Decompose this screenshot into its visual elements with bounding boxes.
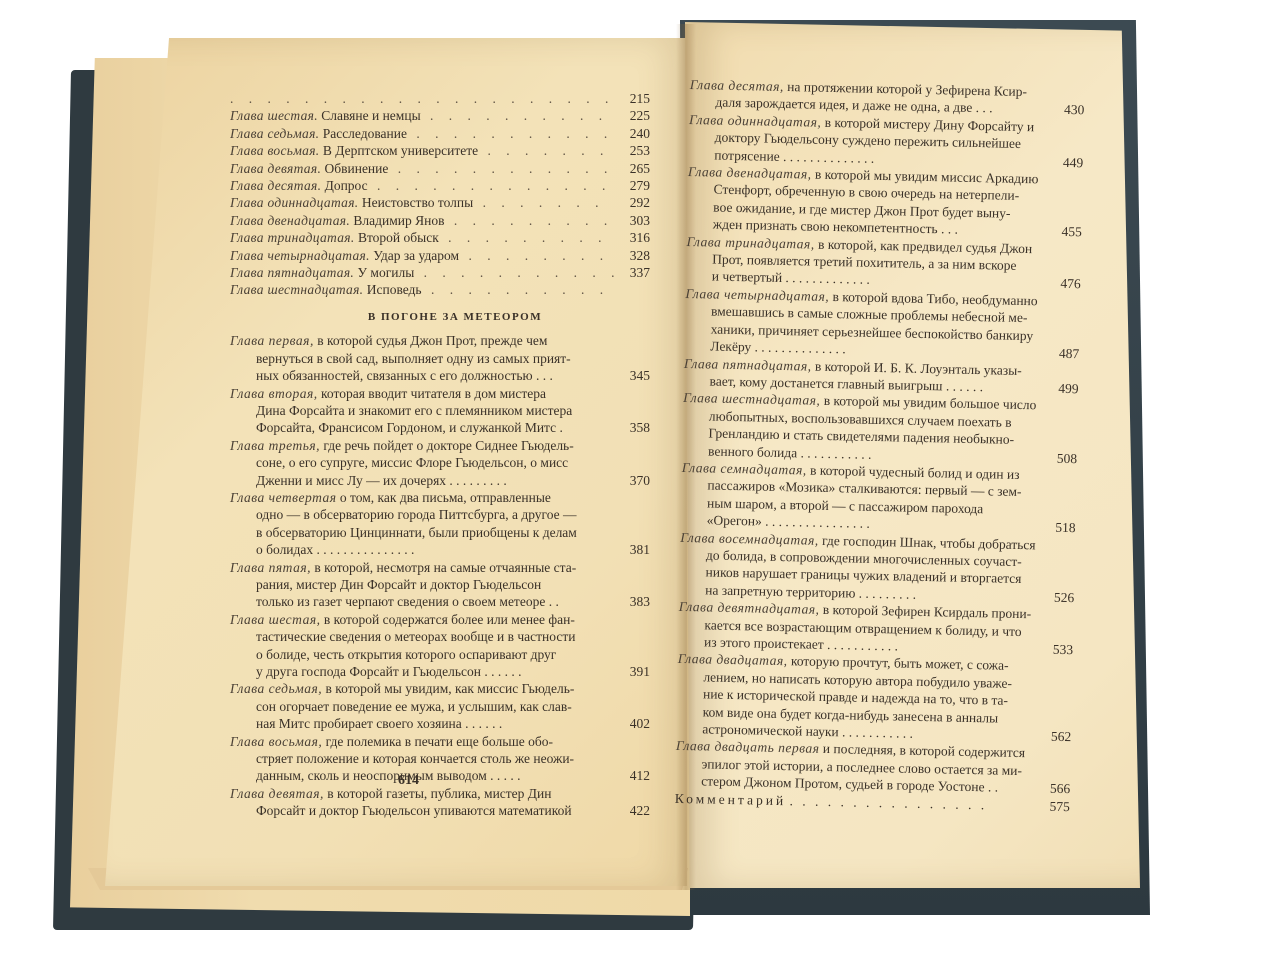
entry-line-text: потрясение . . . . . . . . . . . . . . — [714, 147, 874, 165]
page-number: 292 — [614, 194, 650, 211]
entry-text: Глава тринадцатая. Второй обыск . . . . … — [230, 229, 614, 246]
dot-leader: . . . . . . . . . . . . . . . . . . . . … — [478, 143, 614, 158]
toc-entry: Глава одиннадцатая. Неистовство толпы . … — [230, 194, 650, 211]
entry-text: Глава восьмая, где полемика в печати еще… — [230, 733, 614, 750]
entry-line: ная Митс пробирает своего хозяина . . . … — [230, 715, 650, 732]
chapter-label: Глава пятая, — [230, 560, 311, 575]
dot-leader: . . . . . . . . . . . . . . . . . . . . … — [422, 282, 614, 297]
page-number: 422 — [614, 802, 650, 819]
entry-text: Дина Форсайта и знакомит его с племянник… — [230, 402, 614, 419]
entry-text: Глава третья, где речь пойдет о докторе … — [230, 437, 614, 454]
chapter-label: Глава восемнадцатая, — [680, 529, 819, 547]
page-number: 487 — [1043, 345, 1079, 363]
entry-line-text: . . . . . . . . . . . . . . . . — [789, 793, 987, 812]
entry-line-text: Дина Форсайта и знакомит его с племянник… — [256, 403, 572, 418]
chapter-label: Глава тринадцатая, — [686, 234, 814, 252]
entry-text: вернуться в свой сад, выполняет одну из … — [230, 350, 614, 367]
entry-line-text: только из газет черпают сведения о своем… — [256, 594, 559, 609]
entry-line: у друга господа Форсайт и Гьюдельсон . .… — [230, 663, 650, 680]
entry-line-text: Лекёру . . . . . . . . . . . . . . — [710, 339, 846, 357]
entry-line-text: о болиде, честь открытия которого оспари… — [256, 647, 556, 662]
entry-text: Глава вторая, которая вводит читателя в … — [230, 385, 614, 402]
entry-line-text: в которой мы увидим, как миссис Гьюдель- — [326, 681, 575, 696]
entry-text: данным, сколь и неоспоримым выводом . . … — [230, 767, 614, 784]
entry-line: Глава пятая, в которой, несмотря на самы… — [230, 559, 650, 576]
toc-entry: Глава двадцать первая и последняя, в кот… — [675, 737, 1071, 797]
entry-text: о болиде, честь открытия которого оспари… — [230, 646, 614, 663]
entry-line: соне, о его супруге, миссис Флоре Гьюдел… — [230, 454, 650, 471]
entry-text: Глава восьмая. В Дерптском университете … — [230, 142, 614, 159]
page-number: 508 — [1041, 449, 1077, 467]
entry-text: Глава седьмая. Расследование . . . . . .… — [230, 125, 614, 142]
page-number: 449 — [1047, 153, 1083, 171]
entry-line: Дженни и мисс Лу — их дочерях . . . . . … — [230, 472, 650, 489]
chapter-label: Глава девятнадцатая, — [679, 599, 820, 617]
chapter-label: Глава первая, — [230, 333, 314, 348]
entry-line-text: данным, сколь и неоспоримым выводом . . … — [256, 768, 521, 783]
toc-entry: Глава тринадцатая, в которой, как предви… — [686, 233, 1082, 293]
chapter-label: Глава тринадцатая. — [230, 230, 355, 245]
chapter-label: Глава вторая, — [230, 386, 318, 401]
entry-text: стряет положение и которая кончается сто… — [230, 750, 614, 767]
short-entries: . . . . . . . . . . . . . . . . . . . . … — [230, 90, 650, 299]
entry-text: Форсайта, Франсисом Гордоном, и служанко… — [230, 419, 614, 436]
entry-line-text: вернуться в свой сад, выполняет одну из … — [256, 351, 571, 366]
chapter-label: Комментарий — [675, 790, 787, 807]
page-number: 391 — [614, 663, 650, 680]
page-number: 240 — [614, 125, 650, 142]
entry-line-text: в которой судья Джон Прот, прежде чем — [317, 333, 547, 348]
entry-line-text: в которой содержатся более или менее фан… — [324, 612, 575, 627]
entry-line-text: одно — в обсерваторию города Питтсбурга,… — [256, 507, 577, 522]
chapter-label: Глава одиннадцатая. — [230, 195, 358, 210]
toc-entry: Глава первая, в которой судья Джон Прот,… — [230, 332, 650, 384]
entry-line: о болидах . . . . . . . . . . . . . . .3… — [230, 541, 650, 558]
chapter-label: Глава одиннадцатая, — [689, 112, 822, 130]
entry-line: Глава шестая, в которой содержатся более… — [230, 611, 650, 628]
entry-text: одно — в обсерваторию города Питтсбурга,… — [230, 506, 614, 523]
entry-text: Глава пятая, в которой, несмотря на самы… — [230, 559, 614, 576]
toc-entry: Глава тринадцатая. Второй обыск . . . . … — [230, 229, 650, 246]
page-number: 303 — [614, 212, 650, 229]
entry-line: Глава третья, где речь пойдет о докторе … — [230, 437, 650, 454]
toc-entry: Глава девятая, в которой газеты, публика… — [230, 785, 650, 820]
entry-text: Глава шестая. Славяне и немцы . . . . . … — [230, 107, 614, 124]
entry-line: сон огорчает поведение ее мужа, и услыши… — [230, 698, 650, 715]
entry-text: рания, мистер Дин Форсайт и доктор Гьюде… — [230, 576, 614, 593]
page-number: 383 — [614, 593, 650, 610]
entry-line-text: соне, о его супруге, миссис Флоре Гьюдел… — [256, 455, 568, 470]
entry-line: тастические сведения о метеорах вообще и… — [230, 628, 650, 645]
chapter-label: Глава десятая, — [690, 77, 784, 94]
page-number: 279 — [614, 177, 650, 194]
entry-line-text: где речь пойдет о докторе Сиднее Гьюдель… — [323, 438, 573, 453]
toc-entry: Глава десятая. Допрос . . . . . . . . . … — [230, 177, 650, 194]
toc-entry: Глава двадцатая, которую прочтут, быть м… — [676, 650, 1073, 745]
page-number: 566 — [1034, 780, 1070, 798]
entry-line-text: о болидах . . . . . . . . . . . . . . . — [256, 542, 414, 557]
chapter-label: Глава восьмая, — [230, 734, 322, 749]
page-number: 358 — [614, 419, 650, 436]
entry-text: . . . . . . . . . . . . . . . . . . . . … — [230, 90, 614, 107]
entry-text: у друга господа Форсайт и Гьюдельсон . .… — [230, 663, 614, 680]
page-number: 575 — [1034, 797, 1070, 815]
entry-text: Форсайт и доктор Гьюдельсон упиваются ма… — [230, 802, 614, 819]
entry-line-text: в которой, несмотря на самые отчаянные с… — [314, 560, 576, 575]
dot-leader: . . . . . . . . . . . . . . . . . . . . … — [459, 248, 614, 263]
chapter-title: Славяне и немцы — [321, 108, 420, 123]
entry-line: данным, сколь и неоспоримым выводом . . … — [230, 767, 650, 784]
entry-line: о болиде, честь открытия которого оспари… — [230, 646, 650, 663]
chapter-label: Глава девятая. — [230, 161, 321, 176]
entry-line-text: и четвертый . . . . . . . . . . . . . — [712, 269, 870, 287]
entry-line: Глава первая, в которой судья Джон Прот,… — [230, 332, 650, 349]
entry-text: Глава четвертая о том, как два письма, о… — [230, 489, 614, 506]
toc-entry: Глава одиннадцатая, в которой мистеру Ди… — [688, 111, 1084, 171]
chapter-title: Исповедь — [367, 282, 422, 297]
entry-line: рания, мистер Дин Форсайт и доктор Гьюде… — [230, 576, 650, 593]
page-number: 316 — [614, 229, 650, 246]
page-number: 518 — [1039, 519, 1075, 537]
chapter-label: Глава четвертая — [230, 490, 337, 505]
chapter-label: Глава третья, — [230, 438, 320, 453]
page-number: 455 — [1046, 223, 1082, 241]
page-number: 215 — [614, 90, 650, 107]
entry-line-text: ных обязанностей, связанных с его должно… — [256, 368, 553, 383]
chapter-label: Глава шестнадцатая, — [683, 390, 820, 408]
chapter-label: Глава четырнадцатая. — [230, 248, 370, 263]
chapter-label: Глава пятнадцатая, — [684, 355, 812, 373]
toc-entry: Глава девятая. Обвинение . . . . . . . .… — [230, 160, 650, 177]
chapter-label: Глава седьмая. — [230, 126, 319, 141]
toc-entry: Глава двенадцатая. Владимир Янов . . . .… — [230, 212, 650, 229]
dot-leader: . . . . . . . . . . . . . . . . . . . . … — [407, 126, 614, 141]
dot-leader: . . . . . . . . . . . . . . . . . . . . … — [414, 265, 614, 280]
entry-line-text: у друга господа Форсайт и Гьюдельсон . .… — [256, 664, 521, 679]
chapter-label: Глава восьмая. — [230, 143, 319, 158]
entry-line-text: Дженни и мисс Лу — их дочерях . . . . . … — [256, 473, 507, 488]
chapter-title: Обвинение — [325, 161, 389, 176]
chapter-title: Расследование — [323, 126, 407, 141]
entry-text: ных обязанностей, связанных с его должно… — [230, 367, 614, 384]
entry-text: Глава седьмая, в которой мы увидим, как … — [230, 680, 614, 697]
chapter-label: Глава семнадцатая, — [682, 460, 807, 478]
entry-line-text: которая вводит читателя в дом мистера — [321, 386, 546, 401]
entry-text: Глава первая, в которой судья Джон Прот,… — [230, 332, 614, 349]
chapter-label: Глава двадцатая, — [678, 651, 788, 668]
entry-line: Дина Форсайта и знакомит его с племянник… — [230, 402, 650, 419]
page-number: 430 — [1048, 101, 1084, 119]
chapter-title: Допрос — [325, 178, 368, 193]
chapter-title: Неистовство толпы — [362, 195, 473, 210]
entry-line: Форсайта, Франсисом Гордоном, и служанко… — [230, 419, 650, 436]
chapter-label: Глава седьмая, — [230, 681, 322, 696]
page-number: 476 — [1045, 275, 1081, 293]
entry-line-text: венного болида . . . . . . . . . . . — [708, 443, 872, 461]
entry-line: вернуться в свой сад, выполняет одну из … — [230, 350, 650, 367]
entry-line-text: тастические сведения о метеорах вообще и… — [256, 629, 575, 644]
chapter-label: Глава шестнадцатая. — [230, 282, 363, 297]
entry-text: Глава двенадцатая. Владимир Янов . . . .… — [230, 212, 614, 229]
section-title: В ПОГОНЕ ЗА МЕТЕОРОМ — [230, 309, 650, 326]
entry-text: Глава девятая, в которой газеты, публика… — [230, 785, 614, 802]
entry-text: о болидах . . . . . . . . . . . . . . . — [230, 541, 614, 558]
right-page-toc: Глава десятая, на протяжении которой у З… — [675, 76, 1085, 815]
long-entries: Глава первая, в которой судья Джон Прот,… — [230, 332, 650, 819]
page-number: 499 — [1042, 379, 1078, 397]
chapter-label: Глава десятая. — [230, 178, 321, 193]
dot-leader: . . . . . . . . . . . . . . . . . . . . … — [230, 91, 614, 106]
entry-text: Глава девятая. Обвинение . . . . . . . .… — [230, 160, 614, 177]
page-number: 533 — [1037, 640, 1073, 658]
entry-line-text: где полемика в печати еще больше обо- — [326, 734, 553, 749]
toc-entry: Глава седьмая, в которой мы увидим, как … — [230, 680, 650, 732]
left-page-toc: . . . . . . . . . . . . . . . . . . . . … — [230, 90, 650, 820]
entry-line: одно — в обсерваторию города Питтсбурга,… — [230, 506, 650, 523]
chapter-label: Глава двенадцатая. — [230, 213, 350, 228]
entry-line-text: ная Митс пробирает своего хозяина . . . … — [256, 716, 502, 731]
dot-leader: . . . . . . . . . . . . . . . . . . . . … — [444, 213, 614, 228]
page-number: 526 — [1038, 588, 1074, 606]
entry-line-text: сон огорчает поведение ее мужа, и услыши… — [256, 699, 572, 714]
entry-line-text: стряет положение и которая кончается сто… — [256, 751, 574, 766]
page-number: 345 — [614, 367, 650, 384]
page-number: 381 — [614, 541, 650, 558]
toc-entry: Глава шестая. Славяне и немцы . . . . . … — [230, 107, 650, 124]
entry-line: Глава девятая, в которой газеты, публика… — [230, 785, 650, 802]
chapter-label: Глава пятнадцатая. — [230, 265, 354, 280]
entry-line: ных обязанностей, связанных с его должно… — [230, 367, 650, 384]
toc-entry: Глава пятая, в которой, несмотря на самы… — [230, 559, 650, 611]
entry-line-text: Форсайта, Франсисом Гордоном, и служанко… — [256, 420, 563, 435]
toc-entry: Глава восьмая, где полемика в печати еще… — [230, 733, 650, 785]
entry-line-text: в которой газеты, публика, мистер Дин — [327, 786, 551, 801]
toc-entry: Глава девятнадцатая, в которой Зефирен К… — [678, 598, 1074, 658]
page-number: 328 — [614, 247, 650, 264]
chapter-title: Удар за ударом — [373, 248, 459, 263]
toc-entry: Глава четырнадцатая, в которой вдова Тиб… — [684, 285, 1080, 363]
entry-line-text: «Орегон» . . . . . . . . . . . . . . . . — [707, 513, 870, 531]
entry-text: Глава одиннадцатая. Неистовство толпы . … — [230, 194, 614, 211]
entry-line: в обсерваторию Цинциннати, были приобщен… — [230, 524, 650, 541]
toc-entry: Глава восемнадцатая, где господин Шнак, … — [679, 528, 1075, 606]
toc-entry: Глава шестнадцатая, в которой мы увидим … — [682, 389, 1078, 467]
toc-entry: Глава восьмая. В Дерптском университете … — [230, 142, 650, 159]
chapter-label: Глава четырнадцатая, — [685, 286, 829, 304]
page-number: 370 — [614, 472, 650, 489]
chapter-label: Глава шестая, — [230, 612, 320, 627]
entry-line-text: в обсерваторию Цинциннати, были приобщен… — [256, 525, 577, 540]
toc-entry: Глава седьмая. Расследование . . . . . .… — [230, 125, 650, 142]
entry-line: только из газет черпают сведения о своем… — [230, 593, 650, 610]
entry-text: Глава десятая. Допрос . . . . . . . . . … — [230, 177, 614, 194]
dot-leader: . . . . . . . . . . . . . . . . . . . . … — [421, 108, 614, 123]
entry-line: Форсайт и доктор Гьюдельсон упиваются ма… — [230, 802, 650, 819]
toc-entry: . . . . . . . . . . . . . . . . . . . . … — [230, 90, 650, 107]
entry-line-text: Форсайт и доктор Гьюдельсон упиваются ма… — [256, 803, 572, 818]
entry-text: только из газет черпают сведения о своем… — [230, 593, 614, 610]
entry-line: Глава четвертая о том, как два письма, о… — [230, 489, 650, 506]
entry-text: Дженни и мисс Лу — их дочерях . . . . . … — [230, 472, 614, 489]
toc-entry: Глава шестнадцатая. Исповедь . . . . . .… — [230, 281, 650, 298]
page-number-folio: 614 — [398, 773, 419, 789]
entry-text: Глава пятнадцатая. У могилы . . . . . . … — [230, 264, 614, 281]
entry-text: соне, о его супруге, миссис Флоре Гьюдел… — [230, 454, 614, 471]
entry-line: Глава восьмая, где полемика в печати еще… — [230, 733, 650, 750]
dot-leader: . . . . . . . . . . . . . . . . . . . . … — [368, 178, 614, 193]
toc-entry: Глава третья, где речь пойдет о докторе … — [230, 437, 650, 489]
entry-line: стряет положение и которая кончается сто… — [230, 750, 650, 767]
page-number: 337 — [614, 264, 650, 281]
entry-text: тастические сведения о метеорах вообще и… — [230, 628, 614, 645]
entry-text: сон огорчает поведение ее мужа, и услыши… — [230, 698, 614, 715]
chapter-label: Глава двенадцатая, — [688, 164, 812, 182]
chapter-title: Второй обыск — [358, 230, 439, 245]
entry-line-text: о том, как два письма, отправленные — [340, 490, 551, 505]
chapter-title: У могилы — [357, 265, 414, 280]
chapter-label: Глава девятая, — [230, 786, 324, 801]
chapter-title: Владимир Янов — [353, 213, 444, 228]
page-number: 412 — [614, 767, 650, 784]
entry-text: Глава шестнадцатая. Исповедь . . . . . .… — [230, 281, 614, 298]
dot-leader: . . . . . . . . . . . . . . . . . . . . … — [473, 195, 614, 210]
toc-entry: Глава пятнадцатая. У могилы . . . . . . … — [230, 264, 650, 281]
chapter-title: В Дерптском университете — [323, 143, 478, 158]
entry-line: Глава вторая, которая вводит читателя в … — [230, 385, 650, 402]
toc-entry: Глава вторая, которая вводит читателя в … — [230, 385, 650, 437]
entry-line: Глава седьмая, в которой мы увидим, как … — [230, 680, 650, 697]
entry-text: в обсерваторию Цинциннати, были приобщен… — [230, 524, 614, 541]
page-number: 402 — [614, 715, 650, 732]
toc-entry: Глава семнадцатая, в которой чудесный бо… — [681, 459, 1077, 537]
toc-entry: Глава двенадцатая, в которой мы увидим м… — [687, 163, 1083, 241]
entry-line-text: рания, мистер Дин Форсайт и доктор Гьюде… — [256, 577, 541, 592]
toc-entry: Глава шестая, в которой содержатся более… — [230, 611, 650, 681]
dot-leader: . . . . . . . . . . . . . . . . . . . . … — [439, 230, 614, 245]
page-number: 562 — [1035, 727, 1071, 745]
entry-text: ная Митс пробирает своего хозяина . . . … — [230, 715, 614, 732]
chapter-label: Глава двадцать первая — [676, 738, 820, 756]
toc-entries: Глава десятая, на протяжении которой у З… — [675, 76, 1085, 815]
entry-text: Глава шестая, в которой содержатся более… — [230, 611, 614, 628]
toc-entry: Глава четырнадцатая. Удар за ударом . . … — [230, 247, 650, 264]
chapter-label: Глава шестая. — [230, 108, 318, 123]
page-number: 265 — [614, 160, 650, 177]
dot-leader: . . . . . . . . . . . . . . . . . . . . … — [388, 161, 614, 176]
toc-entry: Глава четвертая о том, как два письма, о… — [230, 489, 650, 559]
entry-text: Глава четырнадцатая. Удар за ударом . . … — [230, 247, 614, 264]
page-number: 225 — [614, 107, 650, 124]
page-number: 253 — [614, 142, 650, 159]
